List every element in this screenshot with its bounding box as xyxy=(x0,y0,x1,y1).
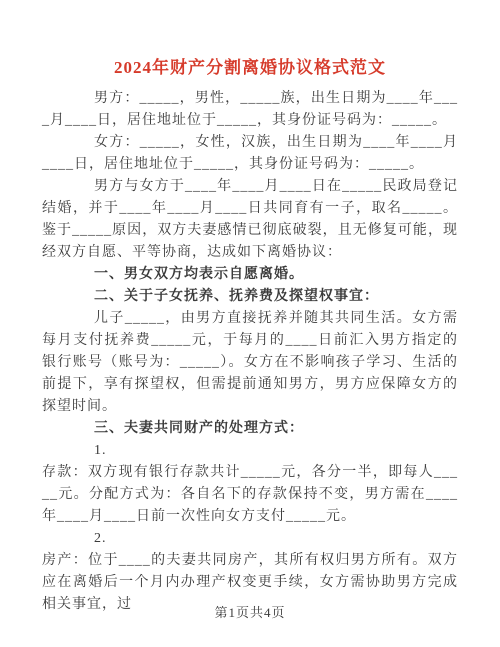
para-child-custody: 儿子_____，由男方直接抚养并随其共同生活。女方需每月支付抚养费_____元，… xyxy=(42,308,458,418)
document-title: 2024年财产分割离婚协议格式范文 xyxy=(42,57,458,79)
list-number-1: 1. xyxy=(42,440,458,462)
para-deposit-division: 存款：双方现有银行存款共计_____元，各分一半，即每人_____元。分配方式为… xyxy=(42,462,458,528)
page-number-footer: 第1页共4页 xyxy=(0,602,500,621)
para-marriage-background: 男方与女方于____年____月____日在_____民政局登记结婚，并于___… xyxy=(42,176,458,264)
para-husband-info: 男方：_____，男性，_____族，出生日期为____年____月____日，… xyxy=(42,88,458,132)
heading-clause-3: 三、夫妻共同财产的处理方式： xyxy=(42,418,458,440)
heading-clause-1: 一、男女双方均表示自愿离婚。 xyxy=(42,264,458,286)
document-page: 2024年财产分割离婚协议格式范文 男方：_____，男性，_____族，出生日… xyxy=(0,0,500,647)
list-number-2: 2. xyxy=(42,528,458,550)
heading-clause-2: 二、关于子女抚养、抚养费及探望权事宜： xyxy=(42,286,458,308)
para-wife-info: 女方：_____，女性，汉族，出生日期为____年____月____日，居住地址… xyxy=(42,132,458,176)
